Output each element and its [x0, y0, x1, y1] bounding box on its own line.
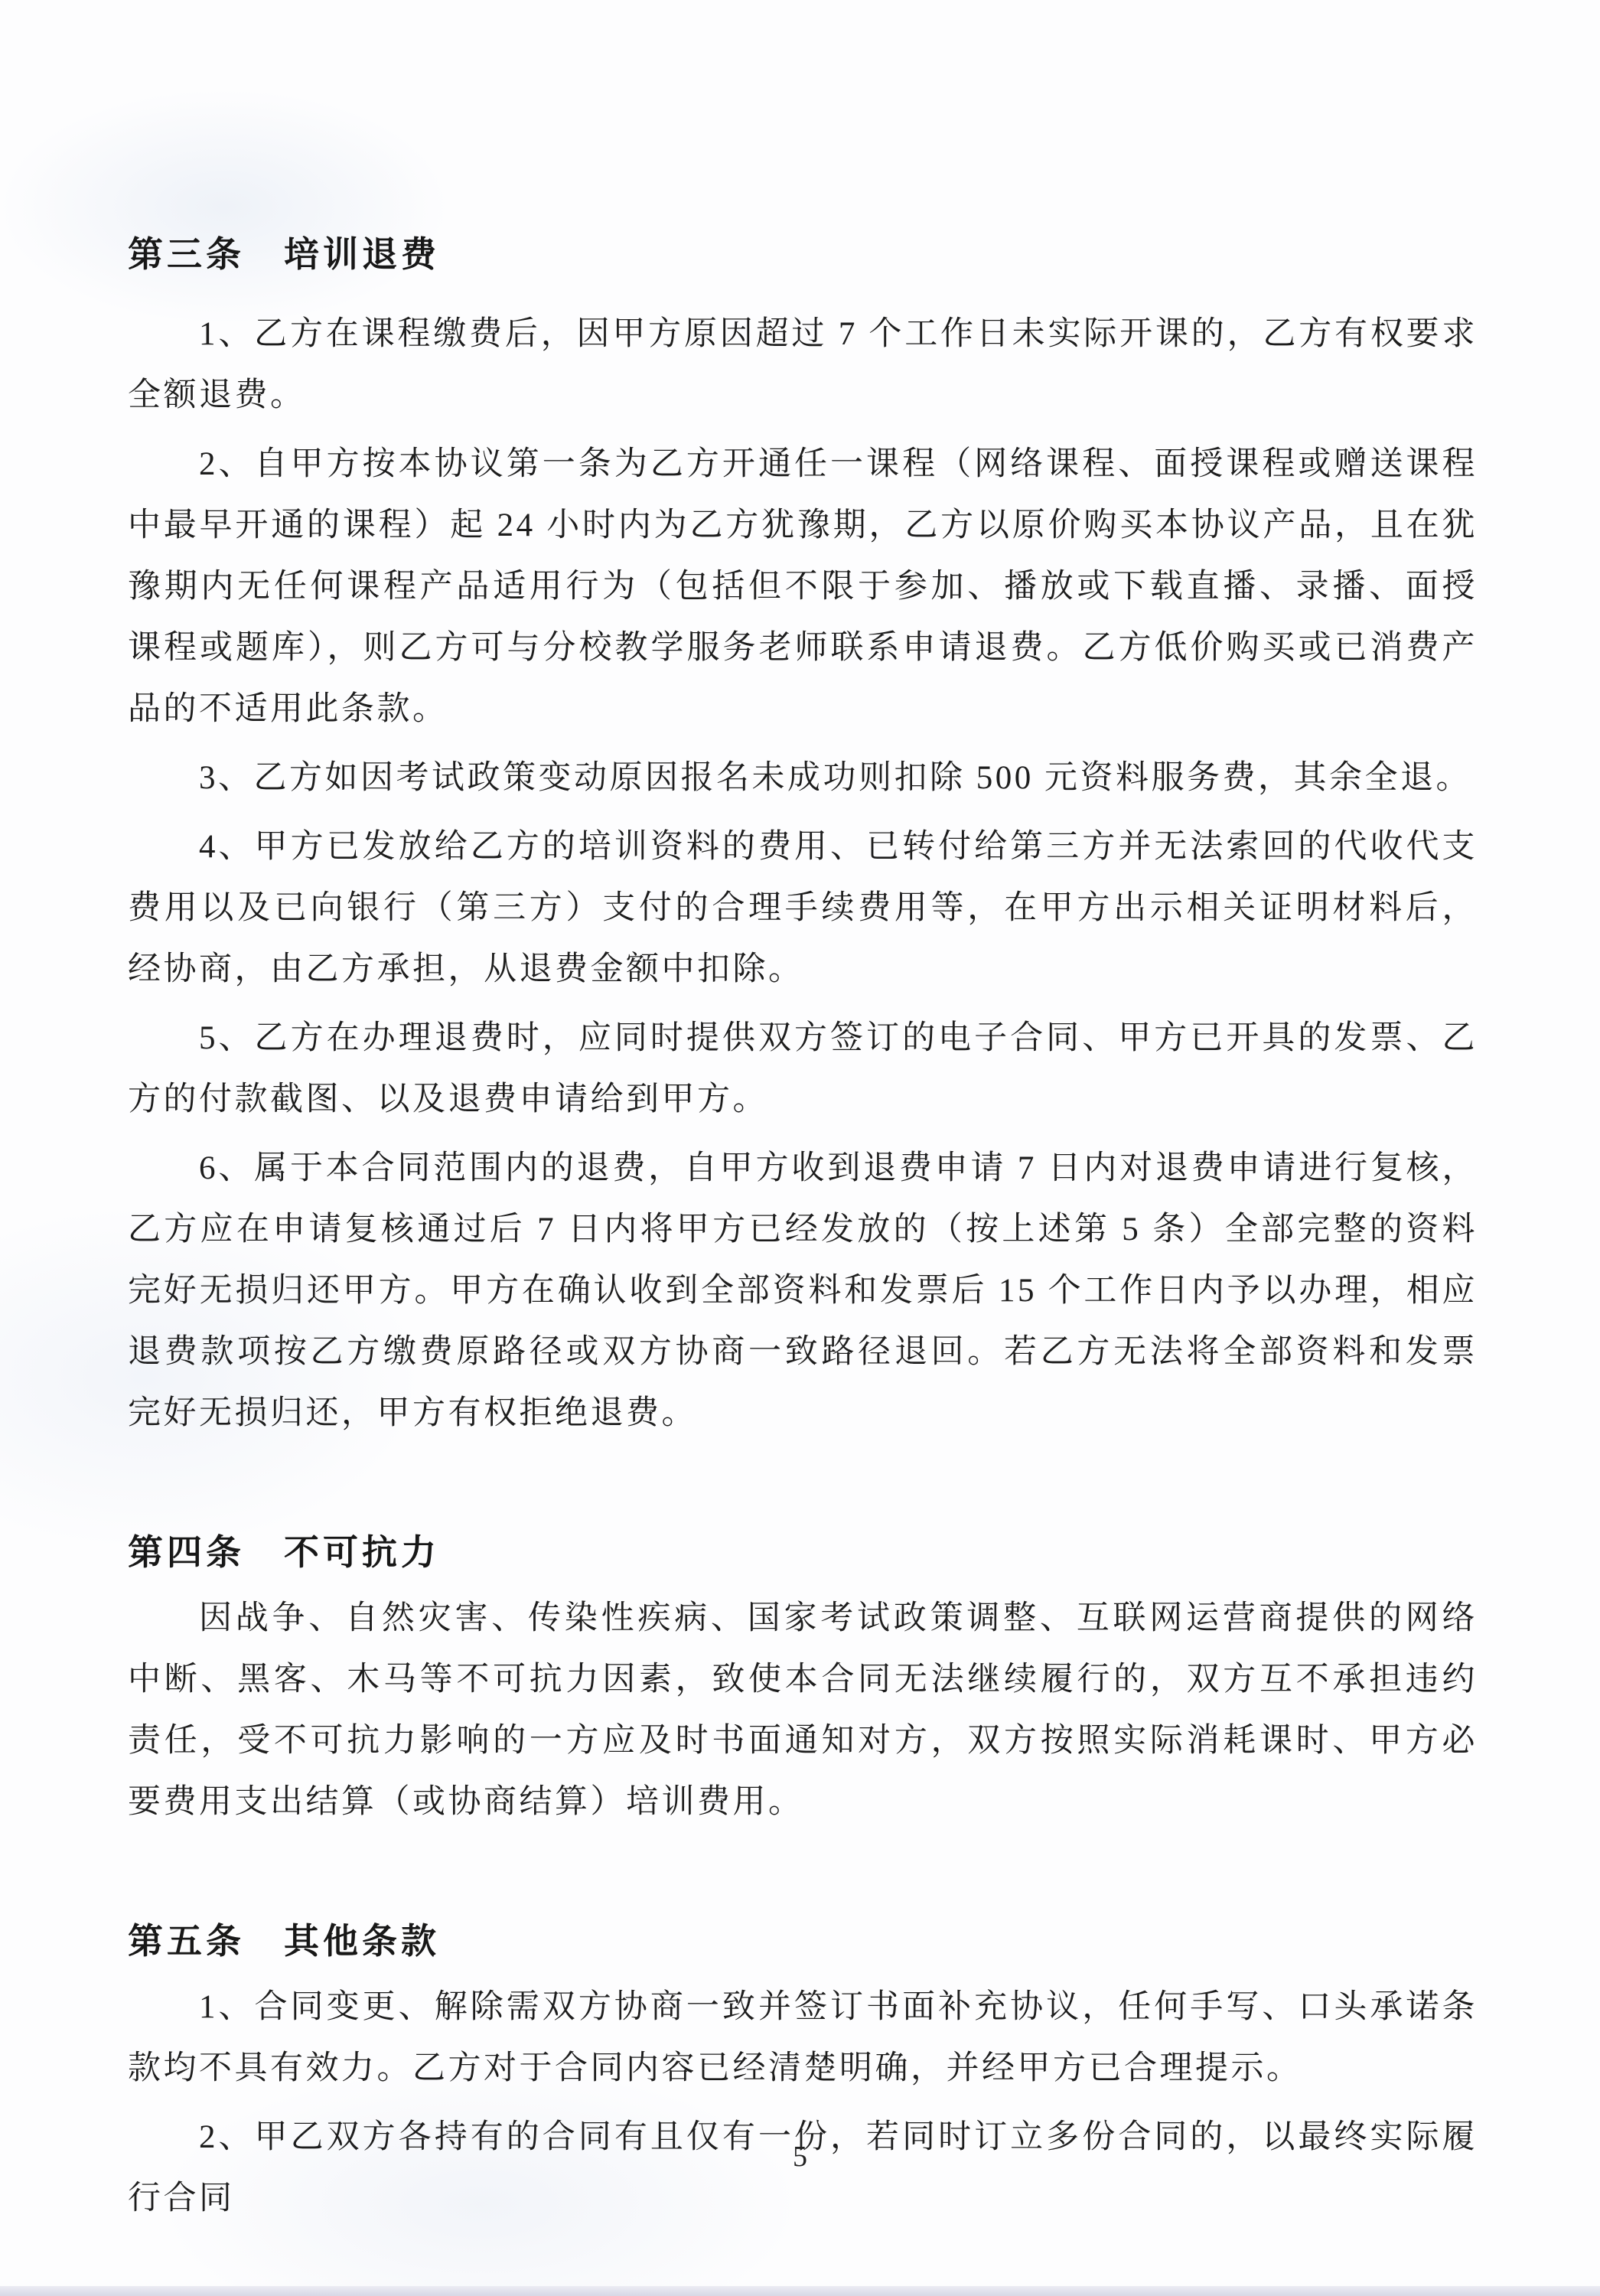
contract-paragraph: 1、合同变更、解除需双方协商一致并签订书面补充协议，任何手写、口头承诺条款均不具…	[128, 1977, 1478, 2099]
contract-paragraph: 6、属于本合同范围内的退费，自甲方收到退费申请 7 日内对退费申请进行复核，乙方…	[128, 1138, 1478, 1444]
contract-paragraph: 2、自甲方按本协议第一条为乙方开通任一课程（网络课程、面授课程或赠送课程中最早开…	[128, 434, 1478, 740]
contract-paragraph: 1、乙方在课程缴费后，因甲方原因超过 7 个工作日未实际开课的，乙方有权要求全额…	[128, 304, 1478, 426]
contract-paragraph: 3、乙方如因考试政策变动原因报名未成功则扣除 500 元资料服务费，其余全退。	[128, 748, 1478, 809]
section-heading: 第五条 其他条款	[128, 1919, 1478, 1963]
contract-paragraph: 4、甲方已发放给乙方的培训资料的费用、已转付给第三方并无法索回的代收代支费用以及…	[128, 817, 1478, 1000]
section-heading: 第四条 不可抗力	[128, 1530, 1478, 1574]
page-number: 5	[793, 2140, 807, 2174]
contract-paragraph: 因战争、自然灾害、传染性疾病、国家考试政策调整、互联网运营商提供的网络中断、黑客…	[128, 1588, 1478, 1833]
contract-body: 第三条 培训退费 1、乙方在课程缴费后，因甲方原因超过 7 个工作日未实际开课的…	[128, 232, 1478, 2237]
section-other-terms: 第五条 其他条款 1、合同变更、解除需双方协商一致并签订书面补充协议，任何手写、…	[128, 1919, 1478, 2229]
section-training-refund: 第三条 培训退费 1、乙方在课程缴费后，因甲方原因超过 7 个工作日未实际开课的…	[128, 232, 1478, 1444]
scan-edge-artifact	[0, 2286, 1600, 2296]
section-force-majeure: 第四条 不可抗力 因战争、自然灾害、传染性疾病、国家考试政策调整、互联网运营商提…	[128, 1530, 1478, 1833]
document-page: 第三条 培训退费 1、乙方在课程缴费后，因甲方原因超过 7 个工作日未实际开课的…	[0, 0, 1600, 2296]
section-heading: 第三条 培训退费	[128, 232, 1478, 276]
contract-paragraph: 5、乙方在办理退费时，应同时提供双方签订的电子合同、甲方已开具的发票、乙方的付款…	[128, 1008, 1478, 1130]
